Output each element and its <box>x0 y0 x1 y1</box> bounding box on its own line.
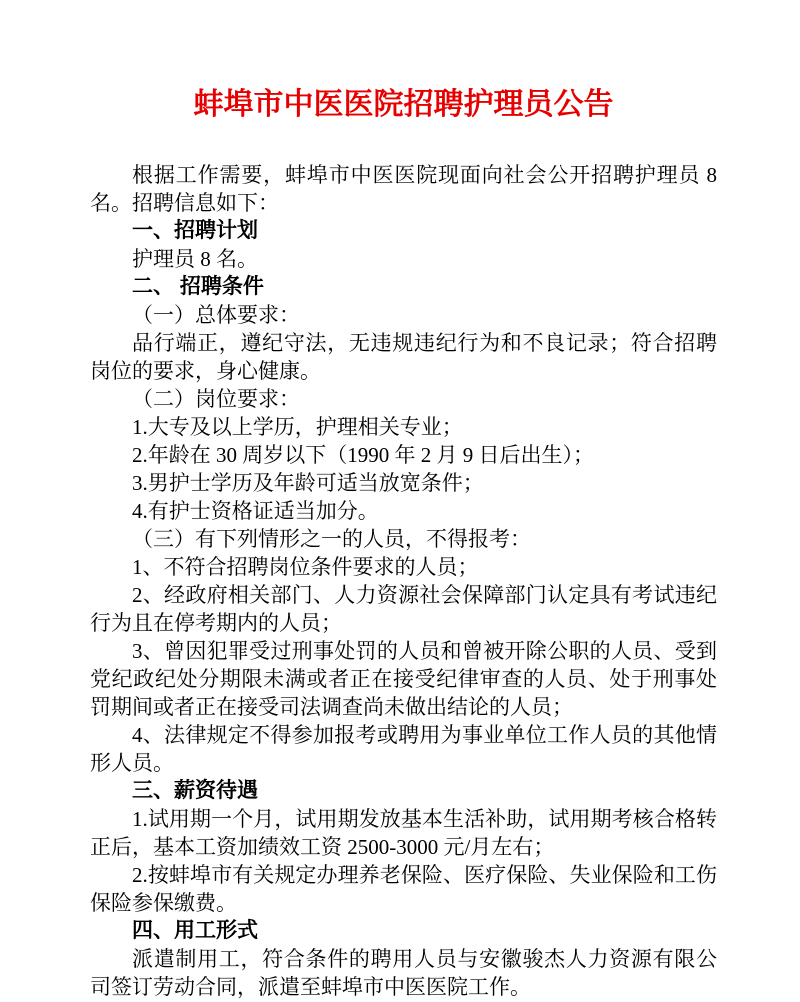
paragraph: 1、不符合招聘岗位条件要求的人员； <box>90 553 717 581</box>
paragraph: （二）岗位要求： <box>90 385 717 413</box>
paragraph: 派遣制用工，符合条件的聘用人员与安徽骏杰人力资源有限公司签订劳动合同，派遣至蚌埠… <box>90 945 717 1001</box>
paragraph: 2、经政府相关部门、人力资源社会保障部门认定具有考试违纪行为且在停考期内的人员； <box>90 581 717 637</box>
paragraph: 1.试用期一个月，试用期发放基本生活补助，试用期考核合格转正后，基本工资加绩效工… <box>90 805 717 861</box>
section-heading: 四、用工形式 <box>90 917 717 945</box>
document-body: 根据工作需要，蚌埠市中医医院现面向社会公开招聘护理员 8 名。招聘信息如下：一、… <box>90 161 717 1001</box>
paragraph: 4、法律规定不得参加报考或聘用为事业单位工作人员的其他情形人员。 <box>90 721 717 777</box>
section-heading: 一、招聘计划 <box>90 217 717 245</box>
paragraph: 1.大专及以上学历，护理相关专业； <box>90 413 717 441</box>
paragraph: 护理员 8 名。 <box>90 245 717 273</box>
paragraph: （三）有下列情形之一的人员，不得报考： <box>90 525 717 553</box>
paragraph: 品行端正，遵纪守法，无违规违纪行为和不良记录；符合招聘岗位的要求，身心健康。 <box>90 329 717 385</box>
paragraph: 根据工作需要，蚌埠市中医医院现面向社会公开招聘护理员 8 名。招聘信息如下： <box>90 161 717 217</box>
section-heading: 三、薪资待遇 <box>90 777 717 805</box>
paragraph: （一）总体要求： <box>90 301 717 329</box>
page-title: 蚌埠市中医医院招聘护理员公告 <box>90 86 717 124</box>
paragraph: 3、曾因犯罪受过刑事处罚的人员和曾被开除公职的人员、受到党纪政纪处分期限未满或者… <box>90 637 717 721</box>
document-page: 蚌埠市中医医院招聘护理员公告 根据工作需要，蚌埠市中医医院现面向社会公开招聘护理… <box>0 0 800 1002</box>
paragraph: 3.男护士学历及年龄可适当放宽条件； <box>90 469 717 497</box>
paragraph: 4.有护士资格证适当加分。 <box>90 497 717 525</box>
paragraph: 2.按蚌埠市有关规定办理养老保险、医疗保险、失业保险和工伤保险参保缴费。 <box>90 861 717 917</box>
paragraph: 2.年龄在 30 周岁以下（1990 年 2 月 9 日后出生）； <box>90 441 717 469</box>
section-heading: 二、 招聘条件 <box>90 273 717 301</box>
